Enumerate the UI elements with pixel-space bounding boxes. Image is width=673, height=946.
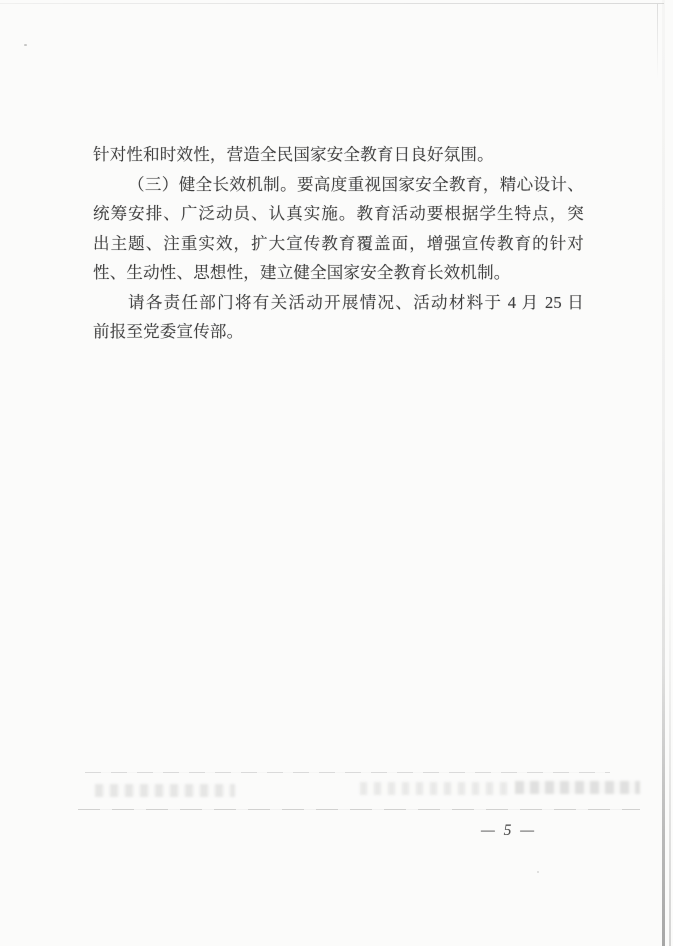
- scan-top-edge-line: [0, 3, 664, 4]
- bleed-through-smudge: [360, 782, 510, 795]
- text-line: 针对性和时效性，营造全民国家安全教育日良好氛围。: [93, 140, 584, 170]
- text-line: 统筹安排、广泛动员、认真实施。教育活动要根据学生特点，突: [93, 199, 584, 229]
- bleed-through-bottom-line: [78, 809, 640, 810]
- text-line: 出主题、注重实效，扩大宣传教育覆盖面，增强宣传教育的针对: [93, 229, 584, 259]
- text-line: 性、生动性、思想性，建立健全国家安全教育长效机制。: [93, 258, 584, 288]
- scan-corner-edge-line: [657, 4, 658, 79]
- bleed-through-smudge: [95, 784, 235, 797]
- page-number: — 5 —: [481, 822, 537, 840]
- scan-right-edge-shadow-secondary: [669, 560, 671, 946]
- text-line: （三）健全长效机制。要高度重视国家安全教育，精心设计、: [93, 170, 584, 200]
- bleed-through-top-line: [85, 772, 610, 773]
- bleed-through-smudge: [515, 781, 640, 794]
- text-line: 请各责任部门将有关活动开展情况、活动材料于 4 月 25 日: [93, 288, 584, 318]
- scan-right-edge-shadow: [662, 0, 665, 946]
- text-line: 前报至党委宣传部。: [93, 317, 584, 347]
- scan-speck: [537, 871, 539, 873]
- scan-speck: [24, 44, 27, 46]
- document-body: 针对性和时效性，营造全民国家安全教育日良好氛围。 （三）健全长效机制。要高度重视…: [93, 140, 584, 347]
